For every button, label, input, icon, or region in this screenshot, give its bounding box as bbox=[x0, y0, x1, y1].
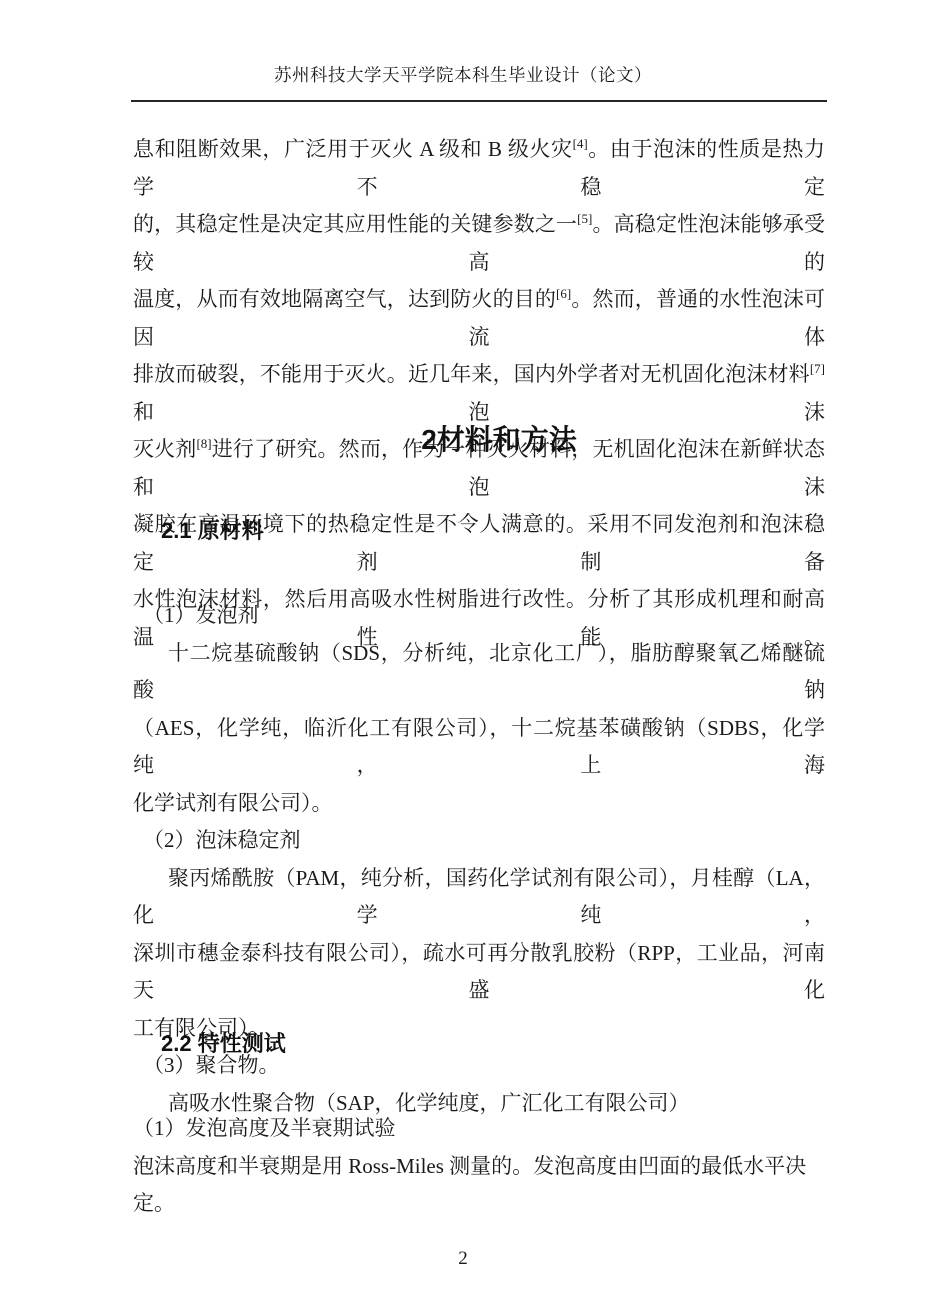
intro-paragraph: 息和阻断效果，广泛用于灭火 A 级和 B 级火灾[4]。由于泡沫的性质是热力学不… bbox=[133, 131, 825, 656]
page-number: 2 bbox=[0, 1247, 926, 1270]
text-segment: 排放而破裂，不能用于灭火。近几年来，国内外学者对无机固化泡沫材料 bbox=[133, 362, 810, 386]
text-line: 深圳市穗金泰科技有限公司），疏水可再分散乳胶粉（RPP，工业品，河南天盛化 bbox=[133, 935, 825, 1010]
text-segment: 的，其稳定性是决定其应用性能的关键参数之一 bbox=[133, 212, 577, 236]
text-segment: 温度，从而有效地隔离空气，达到防火的目的 bbox=[133, 287, 556, 311]
tests-paragraph: （1）发泡高度及半衰期试验 泡沫高度和半衰期是用 Ross-Miles 测量的。… bbox=[133, 1110, 825, 1223]
text-line: 温度，从而有效地隔离空气，达到防火的目的[6]。然而，普通的水性泡沫可因流体 bbox=[133, 281, 825, 356]
list-item-label: （1）发泡高度及半衰期试验 bbox=[133, 1110, 825, 1148]
header-title: 苏州科技大学天平学院本科生毕业设计（论文） bbox=[0, 63, 926, 87]
text-line: 的，其稳定性是决定其应用性能的关键参数之一[5]。高稳定性泡沫能够承受较高的 bbox=[133, 206, 825, 281]
list-item-label: （2）泡沫稳定剂 bbox=[133, 822, 825, 860]
subsection-heading-raw-materials: 2.1 原材料 bbox=[161, 515, 264, 547]
citation-ref: [4] bbox=[573, 136, 588, 151]
section-heading: 2材料和方法 bbox=[133, 419, 825, 461]
header-rule bbox=[131, 100, 827, 102]
subsection-heading-property-tests: 2.2 特性测试 bbox=[161, 1028, 286, 1060]
list-item-label: （1）发泡剂 bbox=[133, 597, 825, 635]
text-segment: 息和阻断效果，广泛用于灭火 A 级和 B 级火灾 bbox=[133, 137, 573, 161]
text-line: 十二烷基硫酸钠（SDS，分析纯，北京化工厂），脂肪醇聚氧乙烯醚硫酸钠 bbox=[133, 635, 825, 710]
citation-ref: [5] bbox=[577, 211, 592, 226]
document-page: 苏州科技大学天平学院本科生毕业设计（论文） 息和阻断效果，广泛用于灭火 A 级和… bbox=[0, 0, 926, 1309]
text-line: 聚丙烯酰胺（PAM，纯分析，国药化学试剂有限公司），月桂醇（LA，化学纯， bbox=[133, 860, 825, 935]
text-line: 化学试剂有限公司）。 bbox=[133, 785, 825, 823]
citation-ref: [6] bbox=[556, 286, 571, 301]
text-line: 泡沫高度和半衰期是用 Ross-Miles 测量的。发泡高度由凹面的最低水平决定… bbox=[133, 1148, 825, 1223]
text-line: 息和阻断效果，广泛用于灭火 A 级和 B 级火灾[4]。由于泡沫的性质是热力学不… bbox=[133, 131, 825, 206]
citation-ref: [7] bbox=[810, 361, 825, 376]
text-line: （AES，化学纯，临沂化工有限公司），十二烷基苯磺酸钠（SDBS，化学纯，上海 bbox=[133, 710, 825, 785]
